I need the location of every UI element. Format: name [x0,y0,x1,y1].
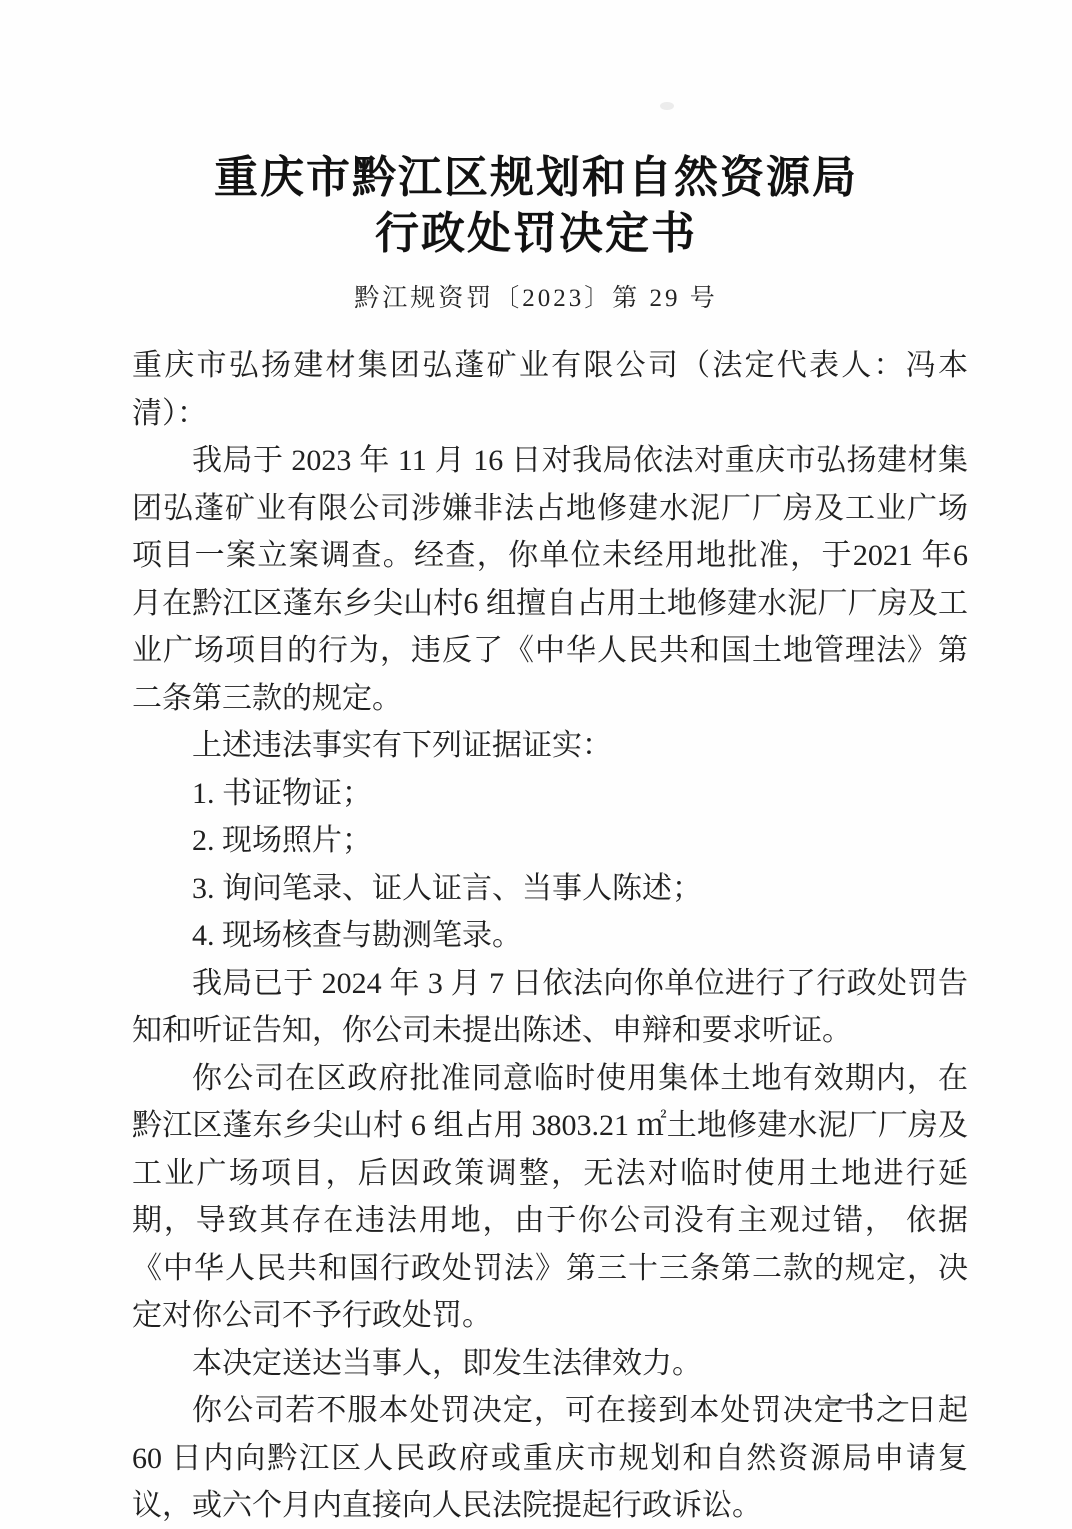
document-number: 黔江规资罚〔2023〕第 29 号 [0,278,1072,314]
paragraph: 重庆市弘扬建材集团弘蓬矿业有限公司（法定代表人：冯本清）： [132,342,968,437]
page-number: — 1 — [825,1388,910,1416]
document-title-line1: 重庆市黔江区规划和自然资源局 [0,0,1072,206]
document-body: 重庆市弘扬建材集团弘蓬矿业有限公司（法定代表人：冯本清）：我局于 2023 年 … [132,342,968,1529]
paragraph: 2. 现场照片； [132,817,968,865]
paragraph: 3. 询问笔录、证人证言、当事人陈述； [132,865,968,913]
paragraph: 上述违法事实有下列证据证实： [132,722,968,770]
paragraph: 你公司在区政府批准同意临时使用集体土地有效期内，在黔江区蓬东乡尖山村 6 组占用… [132,1055,968,1340]
paragraph: 4. 现场核查与勘测笔录。 [132,912,968,960]
paragraph: 我局于 2023 年 11 月 16 日对我局依法对重庆市弘扬建材集团弘蓬矿业有… [132,437,968,722]
paragraph: 本决定送达当事人，即发生法律效力。 [132,1340,968,1388]
document-page: 重庆市黔江区规划和自然资源局 行政处罚决定书 黔江规资罚〔2023〕第 29 号… [0,0,1072,1529]
paragraph: 1. 书证物证； [132,770,968,818]
scan-smudge [660,102,674,110]
document-title-line2: 行政处罚决定书 [0,206,1072,262]
paragraph: 我局已于 2024 年 3 月 7 日依法向你单位进行了行政处罚告知和听证告知，… [132,960,968,1055]
